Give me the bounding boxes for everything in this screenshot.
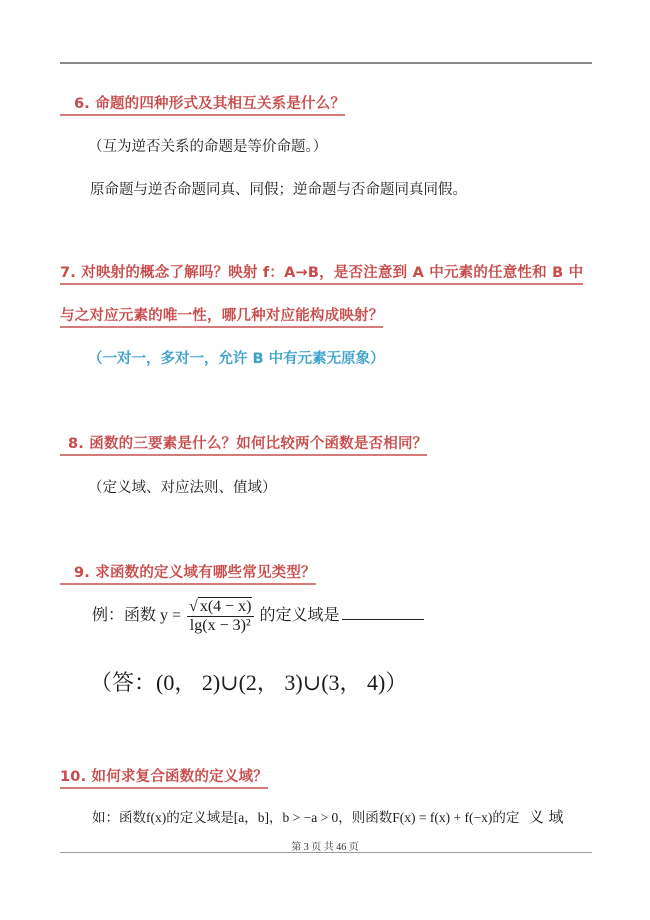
answer-blank	[342, 618, 424, 620]
page-footer: 第 3 页 共 46 页	[0, 838, 650, 853]
header-rule	[60, 62, 592, 64]
question-6-heading: 6. 命题的四种形式及其相互关系是什么？	[60, 92, 345, 116]
question-9-answer: （答：(0， 2)∪(2， 3)∪(3， 4)）	[90, 666, 407, 697]
example-fraction: √x(4 − x) lg(x − 3)²	[187, 598, 253, 635]
example-prefix: 例：函数 y =	[92, 607, 181, 624]
question-10-heading: 10. 如何求复合函数的定义域？	[60, 765, 268, 789]
question-9-heading: 9. 求函数的定义域有哪些常见类型？	[60, 561, 316, 585]
footer-rule	[60, 852, 592, 853]
question-7-heading-line1: 7. 对映射的概念了解吗？映射 f：A→B，是否注意到 A 中元素的任意性和 B…	[60, 261, 583, 285]
question-6-note: （互为逆否关系的命题是等价命题。）	[88, 135, 327, 156]
question-9-example: 例：函数 y = √x(4 − x) lg(x − 3)² 的定义域是	[92, 598, 424, 635]
question-8-answer: （定义域、对应法则、值域）	[88, 476, 277, 497]
question-6-answer: 原命题与逆否命题同真、同假；逆命题与否命题同真同假。	[90, 178, 467, 199]
question-7-answer: （一对一，多对一，允许 B 中有元素无原象）	[88, 347, 385, 368]
question-7-heading-line2: 与之对应元素的唯一性，哪几种对应能构成映射？	[60, 304, 383, 328]
question-8-heading: 8. 函数的三要素是什么？如何比较两个函数是否相同？	[60, 432, 427, 456]
example-suffix: 的定义域是	[260, 607, 340, 624]
question-10-example: 如：函数f(x)的定义域是[a，b]，b > −a > 0，则函数F(x) = …	[92, 806, 564, 827]
fraction-numerator: √x(4 − x)	[187, 598, 253, 617]
fraction-denominator: lg(x − 3)²	[187, 617, 253, 635]
